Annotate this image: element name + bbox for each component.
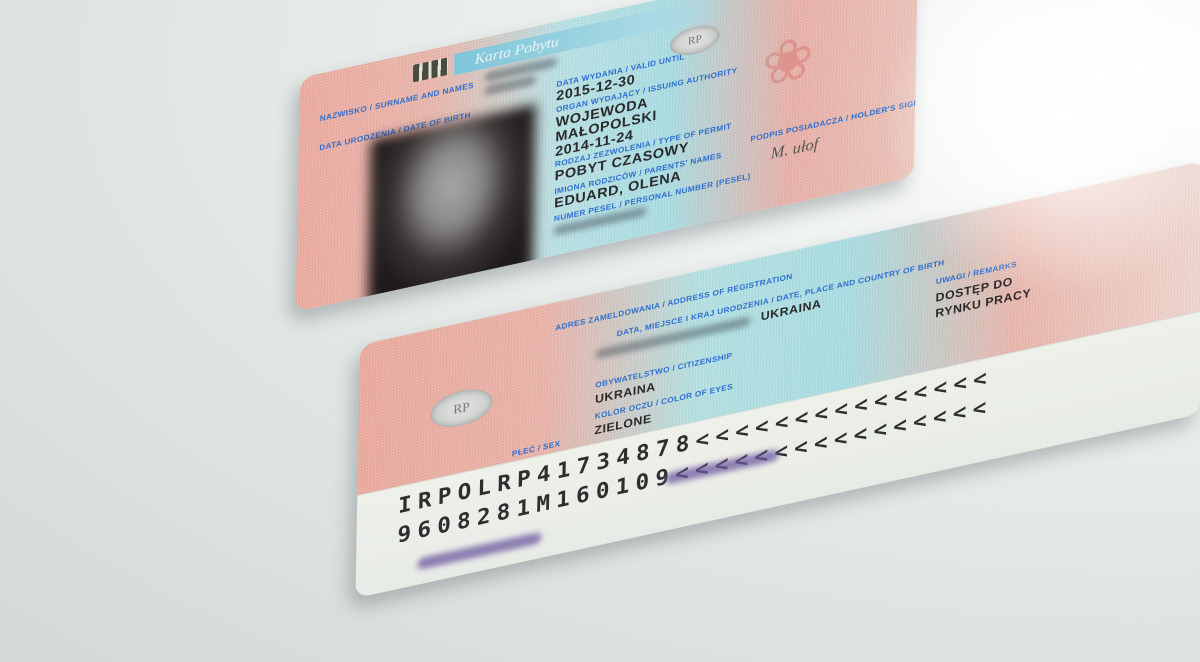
holder-photo-blurred: [368, 104, 536, 311]
polish-eagle-emblem-icon: ❀: [761, 22, 814, 102]
photo-scene: ADRES ZAMELDOWANIA / ADDRESS OF REGISTRA…: [0, 0, 1200, 662]
